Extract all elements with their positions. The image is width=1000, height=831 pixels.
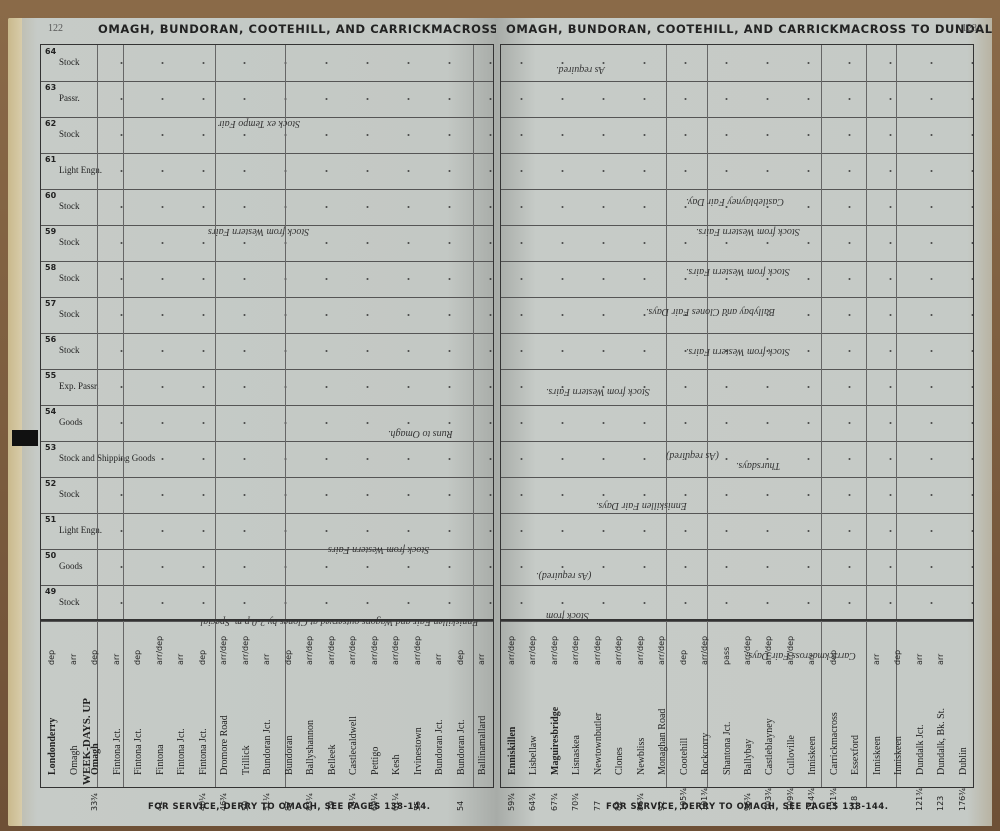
- page-header: OMAGH, BUNDORAN, COOTEHILL, AND CARRICKM…: [98, 22, 496, 36]
- arr-dep-label: dep: [893, 650, 902, 665]
- dotted-leader: [101, 167, 493, 175]
- distance: 33¾: [90, 793, 99, 811]
- note: Carrickmacross Fair Days.: [746, 650, 856, 661]
- arr-dep-label: arr/dep: [219, 636, 228, 665]
- dotted-leader: [501, 491, 973, 499]
- station-name: Carrickmacross: [829, 712, 840, 775]
- station-name: Fintona: [155, 744, 166, 775]
- train-number: 51: [45, 515, 56, 524]
- train-column-row: [501, 405, 973, 442]
- train-type: Stock: [59, 237, 80, 247]
- train-column-row: 60Stock: [41, 189, 493, 226]
- dotted-leader: [101, 527, 493, 535]
- station-name: Fintona Jct.: [133, 728, 144, 775]
- note: (As required).: [536, 570, 591, 581]
- station-name: Rockcorry: [700, 733, 711, 775]
- train-column-row: 61Light Engn.: [41, 153, 493, 190]
- bookmark-tab: [12, 430, 38, 446]
- station-name: Newtownbutler: [593, 713, 604, 775]
- train-type: Stock and Shipping Goods: [59, 453, 155, 463]
- train-type: Stock: [59, 57, 80, 67]
- train-column-row: [501, 189, 973, 226]
- dotted-leader: [101, 239, 493, 247]
- dotted-leader: [101, 131, 493, 139]
- train-number: 58: [45, 263, 56, 272]
- arr-dep-label: arr/dep: [571, 636, 580, 665]
- station-name: Ballybay: [743, 739, 754, 775]
- dotted-leader: [501, 527, 973, 535]
- page-header: OMAGH, BUNDORAN, COOTEHILL, AND CARRICKM…: [506, 22, 992, 36]
- dotted-leader: [501, 419, 973, 427]
- page-number: 122: [48, 23, 63, 34]
- station-name: Bundoran Jct.: [456, 719, 467, 775]
- train-number: 61: [45, 155, 56, 164]
- arr-dep-label: arr/dep: [507, 636, 516, 665]
- station-name: Clones: [614, 747, 625, 775]
- station-name: Omagh: [90, 743, 101, 775]
- arr-dep-label: arr/dep: [700, 636, 709, 665]
- train-column-row: 55Exp. Passr.: [41, 369, 493, 406]
- distance: 64¾: [528, 793, 537, 811]
- arr-dep-label: arr/dep: [593, 636, 602, 665]
- arr-dep-label: arr/dep: [657, 636, 666, 665]
- train-type: Stock: [59, 489, 80, 499]
- timetable-table-right: Enniskillenarr/dep59¾Lisbellawarr/dep64¾…: [500, 44, 974, 788]
- arr-dep-label: arr/dep: [241, 636, 250, 665]
- note: Stock from Western Fairs: [328, 544, 429, 555]
- station-name: Fintona Jct.: [198, 728, 209, 775]
- train-type: Stock: [59, 309, 80, 319]
- open-timetable-book: 122 OMAGH, BUNDORAN, COOTEHILL, AND CARR…: [0, 8, 1000, 831]
- note: Stock from Western Fairs.: [546, 386, 650, 397]
- train-column-row: 52Stock: [41, 477, 493, 514]
- note: Ballybay and Clones Fair Days.: [646, 306, 775, 317]
- arr-dep-label: arr/dep: [305, 636, 314, 665]
- arr-dep-label: dep: [679, 650, 688, 665]
- distance: 77: [593, 801, 602, 811]
- page-edge: [8, 18, 22, 826]
- train-column-row: [501, 117, 973, 154]
- station-name: Bundoran Jct.: [262, 719, 273, 775]
- train-type: Goods: [59, 417, 83, 427]
- dotted-leader: [501, 167, 973, 175]
- station-name: Inniskeen: [872, 736, 883, 775]
- train-number: 64: [45, 47, 56, 56]
- note: Stock from Western Fairs: [208, 226, 309, 237]
- dotted-leader: [101, 311, 493, 319]
- arr-dep-label: arr/dep: [550, 636, 559, 665]
- train-column-row: [501, 153, 973, 190]
- station-name: Irvinestown: [413, 727, 424, 775]
- train-number: 59: [45, 227, 56, 236]
- arr-dep-label: arr/dep: [636, 636, 645, 665]
- dotted-leader: [101, 599, 493, 607]
- dotted-leader: [501, 131, 973, 139]
- train-number: 52: [45, 479, 56, 488]
- train-column-row: 64Stock: [41, 45, 493, 82]
- station-name: Castleblayney: [764, 718, 775, 775]
- dotted-leader: [101, 383, 493, 391]
- dotted-leader: [101, 419, 493, 427]
- train-column-row: [501, 81, 973, 118]
- arr-dep-label: arr: [69, 654, 78, 665]
- note: As required.: [556, 64, 605, 75]
- note: Stock from Western Fairs.: [696, 226, 800, 237]
- note: Thursdays.: [736, 460, 780, 471]
- dotted-leader: [101, 59, 493, 67]
- arr-dep-label: dep: [133, 650, 142, 665]
- station-name: Lisnaskea: [571, 735, 582, 775]
- station-name: Lisbellaw: [528, 736, 539, 775]
- train-number: 53: [45, 443, 56, 452]
- train-column-row: 53Stock and Shipping Goods: [41, 441, 493, 478]
- arr-dep-label: dep: [90, 650, 99, 665]
- station-name: Cootehill: [679, 738, 690, 775]
- page-footer: FOR SERVICE, DERRY TO OMAGH, SEE PAGES 1…: [148, 802, 430, 812]
- station-name: Shantona Jct.: [722, 722, 733, 775]
- arr-dep-label: arr: [915, 654, 924, 665]
- note: (As required): [666, 450, 719, 461]
- arr-dep-label: arr/dep: [155, 636, 164, 665]
- dotted-leader: [501, 599, 973, 607]
- train-number: 50: [45, 551, 56, 560]
- train-number: 49: [45, 587, 56, 596]
- train-type: Passr.: [59, 93, 80, 103]
- train-type: Stock: [59, 597, 80, 607]
- train-type: Goods: [59, 561, 83, 571]
- arr-dep-label: arr/dep: [348, 636, 357, 665]
- note: Runs to Omagh.: [388, 428, 453, 439]
- station-name: Dundalk, Bk. St.: [936, 708, 947, 775]
- train-column-row: 56Stock: [41, 333, 493, 370]
- timetable-table-left: 64Stock63Passr.62Stock61Light Engn.60Sto…: [40, 44, 494, 788]
- station-name: Londonderry: [47, 718, 58, 775]
- station-name: Bundoran: [284, 736, 295, 775]
- note: Stock from Western Fairs.: [686, 266, 790, 277]
- distance: 70¾: [571, 793, 580, 811]
- dotted-leader: [101, 347, 493, 355]
- station-name: Fintona Jct.: [112, 728, 123, 775]
- station-name: Ballyshannon: [305, 720, 316, 775]
- train-number: 57: [45, 299, 56, 308]
- station-name: Inniskeen: [893, 736, 904, 775]
- station-name: Maguiresbridge: [550, 707, 561, 775]
- train-column-row: [501, 477, 973, 514]
- station-name: Monaghan Road: [657, 709, 668, 775]
- arr-dep-label: arr/dep: [413, 636, 422, 665]
- note: Stock from: [546, 610, 589, 621]
- arr-dep-label: dep: [456, 650, 465, 665]
- distance: 121¾: [915, 788, 924, 811]
- distance: 176¾: [958, 788, 967, 811]
- right-page: OMAGH, BUNDORAN, COOTEHILL, AND CARRICKM…: [496, 18, 992, 826]
- train-type: Stock: [59, 345, 80, 355]
- train-type: Light Engn.: [59, 525, 102, 535]
- train-number: 60: [45, 191, 56, 200]
- arr-dep-label: arr/dep: [327, 636, 336, 665]
- train-number: 54: [45, 407, 56, 416]
- station-name: Belleek: [327, 744, 338, 775]
- page-footer: FOR SERVICE, DERRY TO OMAGH, SEE PAGES 1…: [606, 802, 888, 812]
- station-name: Ballinamallard: [477, 716, 488, 775]
- station-name: Newbliss: [636, 738, 647, 775]
- train-number: 63: [45, 83, 56, 92]
- train-number: 55: [45, 371, 56, 380]
- arr-dep-label: arr: [262, 654, 271, 665]
- station-name: Essexford: [850, 735, 861, 775]
- arr-dep-label: arr/dep: [370, 636, 379, 665]
- arr-dep-label: dep: [284, 650, 293, 665]
- arr-dep-label: dep: [47, 650, 56, 665]
- distance: 123: [936, 796, 945, 811]
- note: Stock ex Tempo Fair: [218, 118, 300, 129]
- arr-dep-label: arr/dep: [391, 636, 400, 665]
- arr-dep-label: arr/dep: [614, 636, 623, 665]
- dotted-leader: [101, 455, 493, 463]
- arr-dep-label: arr: [936, 654, 945, 665]
- station-name: Pettigo: [370, 747, 381, 775]
- note: Castleblayney Fair Day.: [686, 196, 784, 207]
- dotted-leader: [501, 239, 973, 247]
- station-name: Omagh: [69, 746, 80, 775]
- train-number: 56: [45, 335, 56, 344]
- note: Stock from Western Fairs.: [686, 346, 790, 357]
- station-name: Bundoran Jct.: [434, 719, 445, 775]
- note: Enniskillen Fair and Wagons outserved at…: [198, 616, 478, 627]
- distance: 59¾: [507, 793, 516, 811]
- dotted-leader: [501, 95, 973, 103]
- left-page: 122 OMAGH, BUNDORAN, COOTEHILL, AND CARR…: [8, 18, 496, 826]
- station-name: Dromore Road: [219, 715, 230, 775]
- station-name: Fintona Jct.: [176, 728, 187, 775]
- train-column-row: [501, 513, 973, 550]
- station-name: Trillick: [241, 745, 252, 775]
- station-name: Dundalk Jct.: [915, 724, 926, 775]
- dotted-leader: [101, 95, 493, 103]
- distance: 67¾: [550, 793, 559, 811]
- train-type: Stock: [59, 201, 80, 211]
- arr-dep-label: arr: [872, 654, 881, 665]
- train-column-row: 63Passr.: [41, 81, 493, 118]
- station-name: Enniskillen: [507, 727, 518, 775]
- arr-dep-label: arr/dep: [528, 636, 537, 665]
- train-column-row: 57Stock: [41, 297, 493, 334]
- page-number: 123: [962, 23, 977, 34]
- arr-dep-label: arr: [176, 654, 185, 665]
- arr-dep-label: arr: [112, 654, 121, 665]
- train-number: 62: [45, 119, 56, 128]
- station-name: Culloville: [786, 735, 797, 775]
- dotted-leader: [101, 563, 493, 571]
- dotted-leader: [101, 275, 493, 283]
- dotted-leader: [101, 491, 493, 499]
- station-name: Inniskeen: [807, 736, 818, 775]
- train-type: Stock: [59, 129, 80, 139]
- arr-dep-label: arr: [477, 654, 486, 665]
- train-type: Light Engn.: [59, 165, 102, 175]
- train-type: Stock: [59, 273, 80, 283]
- station-name: Kesh: [391, 754, 402, 775]
- station-name: Castlecaldwell: [348, 716, 359, 775]
- arr-dep-label: arr: [434, 654, 443, 665]
- note: Enniskillen Fair Days.: [596, 500, 687, 511]
- station-name: Dublin: [958, 747, 969, 775]
- train-column-row: 58Stock: [41, 261, 493, 298]
- distance: 54: [456, 801, 465, 811]
- arr-dep-label: dep: [198, 650, 207, 665]
- train-type: Exp. Passr.: [59, 381, 99, 391]
- arr-dep-label: pass: [722, 647, 731, 665]
- dotted-leader: [101, 203, 493, 211]
